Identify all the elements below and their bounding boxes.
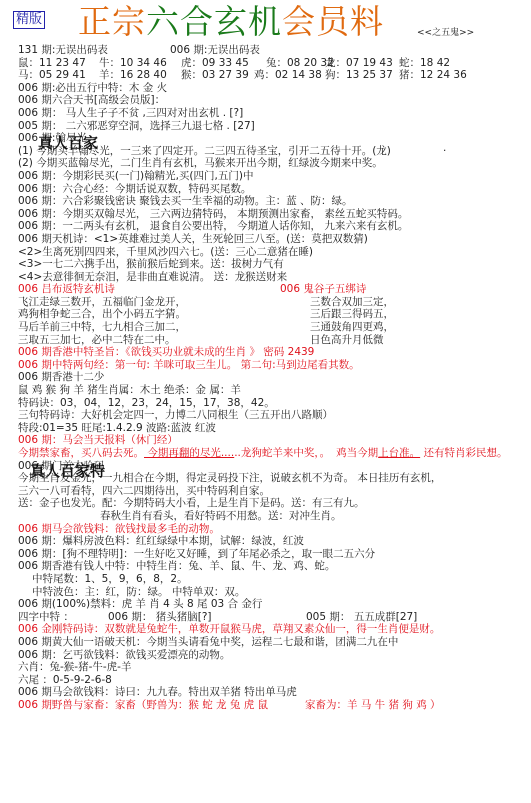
text-line: 006 期：爆料房波色料：红红绿绿中本期，试解：绿波，红波 — [18, 535, 528, 548]
text-line: 中特尾数：1、5，9，6，8，2。 — [18, 573, 528, 586]
text-line: 006 期马会欲钱料：诗曰：九九春。特出双羊猪 特出单马虎 — [18, 686, 528, 699]
text-line: 六肖：兔-猴-猪-牛-虎-羊 — [18, 661, 528, 674]
text-line: (1) 今期买羊翰尽光，一三来了四定开。二三四五待圣宝，引开二五待十开。(龙) … — [18, 145, 528, 158]
text-line: 006 期：六合彩聚钱密诀 聚钱去买一生幸福的动物。主：蓝 、防：绿。 — [18, 195, 528, 208]
text-line: 中特波色：主：红，防：绿。 中特单双：双。 — [18, 586, 528, 599]
text-line: 006 期：今期买双翰尽光， 三六两边猜特码， 本期预测出家畜， 素丝五蛇买特码… — [18, 208, 528, 221]
zodiac-cell: 羊：16 28 40 — [99, 69, 167, 82]
dot-mark: · — [443, 145, 446, 158]
zodiac-cell: 兔：08 20 32 — [266, 57, 334, 70]
zodiac-cell: 蛇：18 42 — [399, 57, 450, 70]
zodiac-cell: 龙：07 19 43 — [325, 57, 393, 70]
text-line: 特段:01=35 旺尾:1.4.2.9 波路:蓝波 红波 — [18, 422, 528, 435]
text-line: 006 期：今期彩民买(一门)翰精光,买(四门,五门)中 — [18, 170, 528, 183]
text-line: <4>去意徘徊无奈泪，是非曲直难说清。 送：龙猴送财来 — [18, 271, 528, 284]
text-line: 特码诀：03，04，12，23，24，15，17，38，42。 — [18, 397, 528, 410]
text-line: 送：金子也发光。配：今期特码大小看，上是生肖下是码。送：有三有九。 — [18, 497, 528, 510]
text-line: <3>一七二六携手出，猴前猴后蛇到来。送：拔树力气有 — [18, 258, 528, 271]
zodiac-cell: 鸡：02 14 38 — [254, 69, 322, 82]
four-char-row: 四字中特 ： 006 期： 猪头猪脑[?] 005 期： 五五成群[27] — [18, 611, 528, 624]
title-part-1: 正宗 — [78, 2, 146, 41]
zodiac-cell: 马：05 29 41 — [18, 69, 86, 82]
text-line: 005 期： 二六邪恶穿空洞，选择三九退七格 . [27] — [18, 120, 528, 133]
text-line: 006 期门首本验码 真人百家特 — [18, 460, 528, 473]
text-line: 006 期：一二两头有玄机， 退食自公要出特， 今期道人话你知， 九来六来有玄机… — [18, 220, 528, 233]
text-line: 鼠 鸡 猴 狗 羊 猪生肖属：木土 绝杀：金 属：羊 — [18, 384, 528, 397]
zodiac-cell: 猪：12 24 36 — [399, 69, 467, 82]
zodiac-cell: 虎：09 33 45 — [181, 57, 249, 70]
red-banner: 今期禁家畜，买八码去死。 今期再翻的尽光......龙狗蛇羊来中奖，。鸡当今期上… — [18, 447, 528, 460]
text-line: 006 期香港有钱人中特：中特生肖：兔、羊、鼠、牛、龙、鸡、蛇。 — [18, 560, 528, 573]
poem-title-left: 006 吕布返特玄机诗 — [18, 283, 115, 295]
text-line: 三六一八可看特，四六二四期待出，买中特码利自家。 — [18, 485, 528, 498]
table-header-left: 131 期:无误出码表 — [18, 44, 108, 56]
poem-row: 马后羊前三中特，七九相合三加二， 三通鼓角四更鸡， — [18, 321, 528, 334]
text-line: 006 期： 马人生子子不贫 ,三四对对出玄机 . [?] — [18, 107, 528, 120]
poem-row: 飞江走绿三数开，五福临门金龙开， 三数合双加三定， — [18, 296, 528, 309]
title-part-3: 会员料 — [282, 2, 384, 41]
poem-titles: 006 吕布返特玄机诗 006 鬼谷子五绑诗 — [18, 283, 528, 296]
text-line: 006 期六合天书[高级会员版]： — [18, 94, 528, 107]
text-line: 006 期:必出五行中特：木 金 火 — [18, 82, 528, 95]
zodiac-cell: 鼠：11 23 47 — [18, 57, 86, 70]
text-line: 006 金刚特码诗：双数就是兔蛇牛，单数开鼠猴马虎，草翔又素众仙一，得一生肖便是… — [18, 623, 528, 636]
zodiac-row-1: 鼠：11 23 47 牛：10 34 46 虎：09 33 45 兔：08 20… — [18, 57, 528, 70]
text-line: 六尾 ：0-5-9-2-6-8 — [18, 674, 528, 687]
poem-title-right: 006 鬼谷子五绑诗 — [280, 283, 366, 296]
text-line: 006 期：马会当天报料（休门经） — [18, 434, 528, 447]
edition-badge: 精版 — [13, 11, 45, 29]
text-line: 006 期:翰尽光 真人百家 — [18, 132, 528, 145]
poem-row: 三取五三加七，必中二特在二中。 日色高升月低微 — [18, 334, 528, 347]
poem-row: 鸡狗相争蛇三合，出个小码五字猜。 三后跟三得码五， — [18, 308, 528, 321]
title-part-2: 六合玄机 — [146, 2, 282, 41]
text-line: (2) 今期买蓝翰尽光，二门生肖有玄机，马猴来开出今期，红绿波今期来中奖。 — [18, 157, 528, 170]
page-title: 正宗六合玄机会员料 — [78, 2, 384, 42]
text-line: 006 期香港十二少 — [18, 371, 528, 384]
zodiac-cell: 狗：13 25 37 — [325, 69, 393, 82]
text-line: 006 期黄大仙一语破天机：今期当头请看兔中奖，运程二七最和谐，团满二九在中 — [18, 636, 528, 649]
text-line: 006 期：[狗不理特明]：一生好吃又好睡，到了年尾必杀之，取一眼二五六分 — [18, 548, 528, 561]
text-line: 006 期中特两句经：第一句: 羊咪可取三生儿。 第二句:马到边尾看其数。 — [18, 359, 528, 372]
table-header-right: 006 期:无误出码表 — [170, 44, 260, 57]
zodiac-row-2: 马：05 29 41 羊：16 28 40 猴：03 27 39 鸡：02 14… — [18, 69, 528, 82]
text-line: 006 期天机诗：<1>英雄难过美人关，生死轮回三八至。(送：莫把双数猜) — [18, 233, 528, 246]
last-line: 006 期野兽与家畜：家畜（野兽为：猴 蛇 龙 兔 虎 鼠 家畜为：羊 马 牛 … — [18, 699, 528, 712]
page-subtitle: <<之五鬼>> — [417, 25, 474, 38]
text-line: 006 期香港中特圣旨：《欲钱买功业就未成的生肖 》 密码 2439 — [18, 346, 528, 359]
text-line: 今期生肖发金光，一九相合在今期，得定灵码投下注，说破玄机不为奇。 本日挂历有玄机… — [18, 472, 528, 485]
text-line: <2>生离死别四四来，千里风沙四六七。(送：三心二意猪在睡) — [18, 246, 528, 259]
table-header-row: 131 期:无误出码表 006 期:无误出码表 — [18, 44, 528, 57]
text-line: 三句特码诗：大好机会定四一，力博二八同根生（三五开出八路顺） — [18, 409, 528, 422]
text-line: 006 期马会欲钱料：欲钱找最多毛的动物。 — [18, 523, 528, 536]
text-line: 006 期(100%)禁料：虎 羊 肖 4 头 8 尾 03 合 金行 — [18, 598, 528, 611]
page-header: 精版 正宗六合玄机会员料 <<之五鬼>> — [0, 0, 531, 44]
content-body: 131 期:无误出码表 006 期:无误出码表 鼠：11 23 47 牛：10 … — [18, 44, 528, 711]
text-line: 春秋生肖有看头，看好特码不用愁。送：对冲生肖。 — [18, 510, 528, 523]
zodiac-cell: 牛：10 34 46 — [99, 57, 167, 70]
text-line: 006 期：六合心经：今期话说双数，特码买尾数。 — [18, 183, 528, 196]
text-line: 006 期：乞丐欲钱料：欲钱买爱漂亮的动物。 — [18, 649, 528, 662]
zodiac-cell: 猴：03 27 39 — [181, 69, 249, 82]
